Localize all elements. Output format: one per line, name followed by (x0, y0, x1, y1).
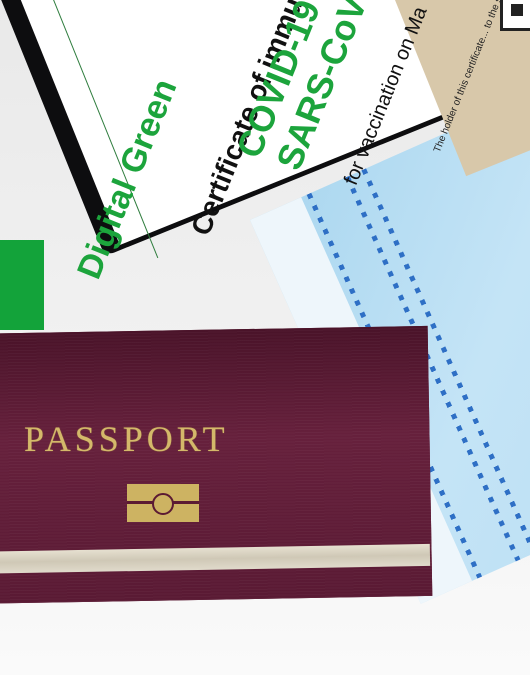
photo-scene: PASSPORT Digital Green Certificate of im… (0, 0, 530, 675)
passport-title: PASSPORT (24, 418, 229, 460)
qr-code-icon (500, 0, 530, 31)
biometric-chip-icon (127, 484, 199, 522)
green-banner (0, 240, 44, 330)
